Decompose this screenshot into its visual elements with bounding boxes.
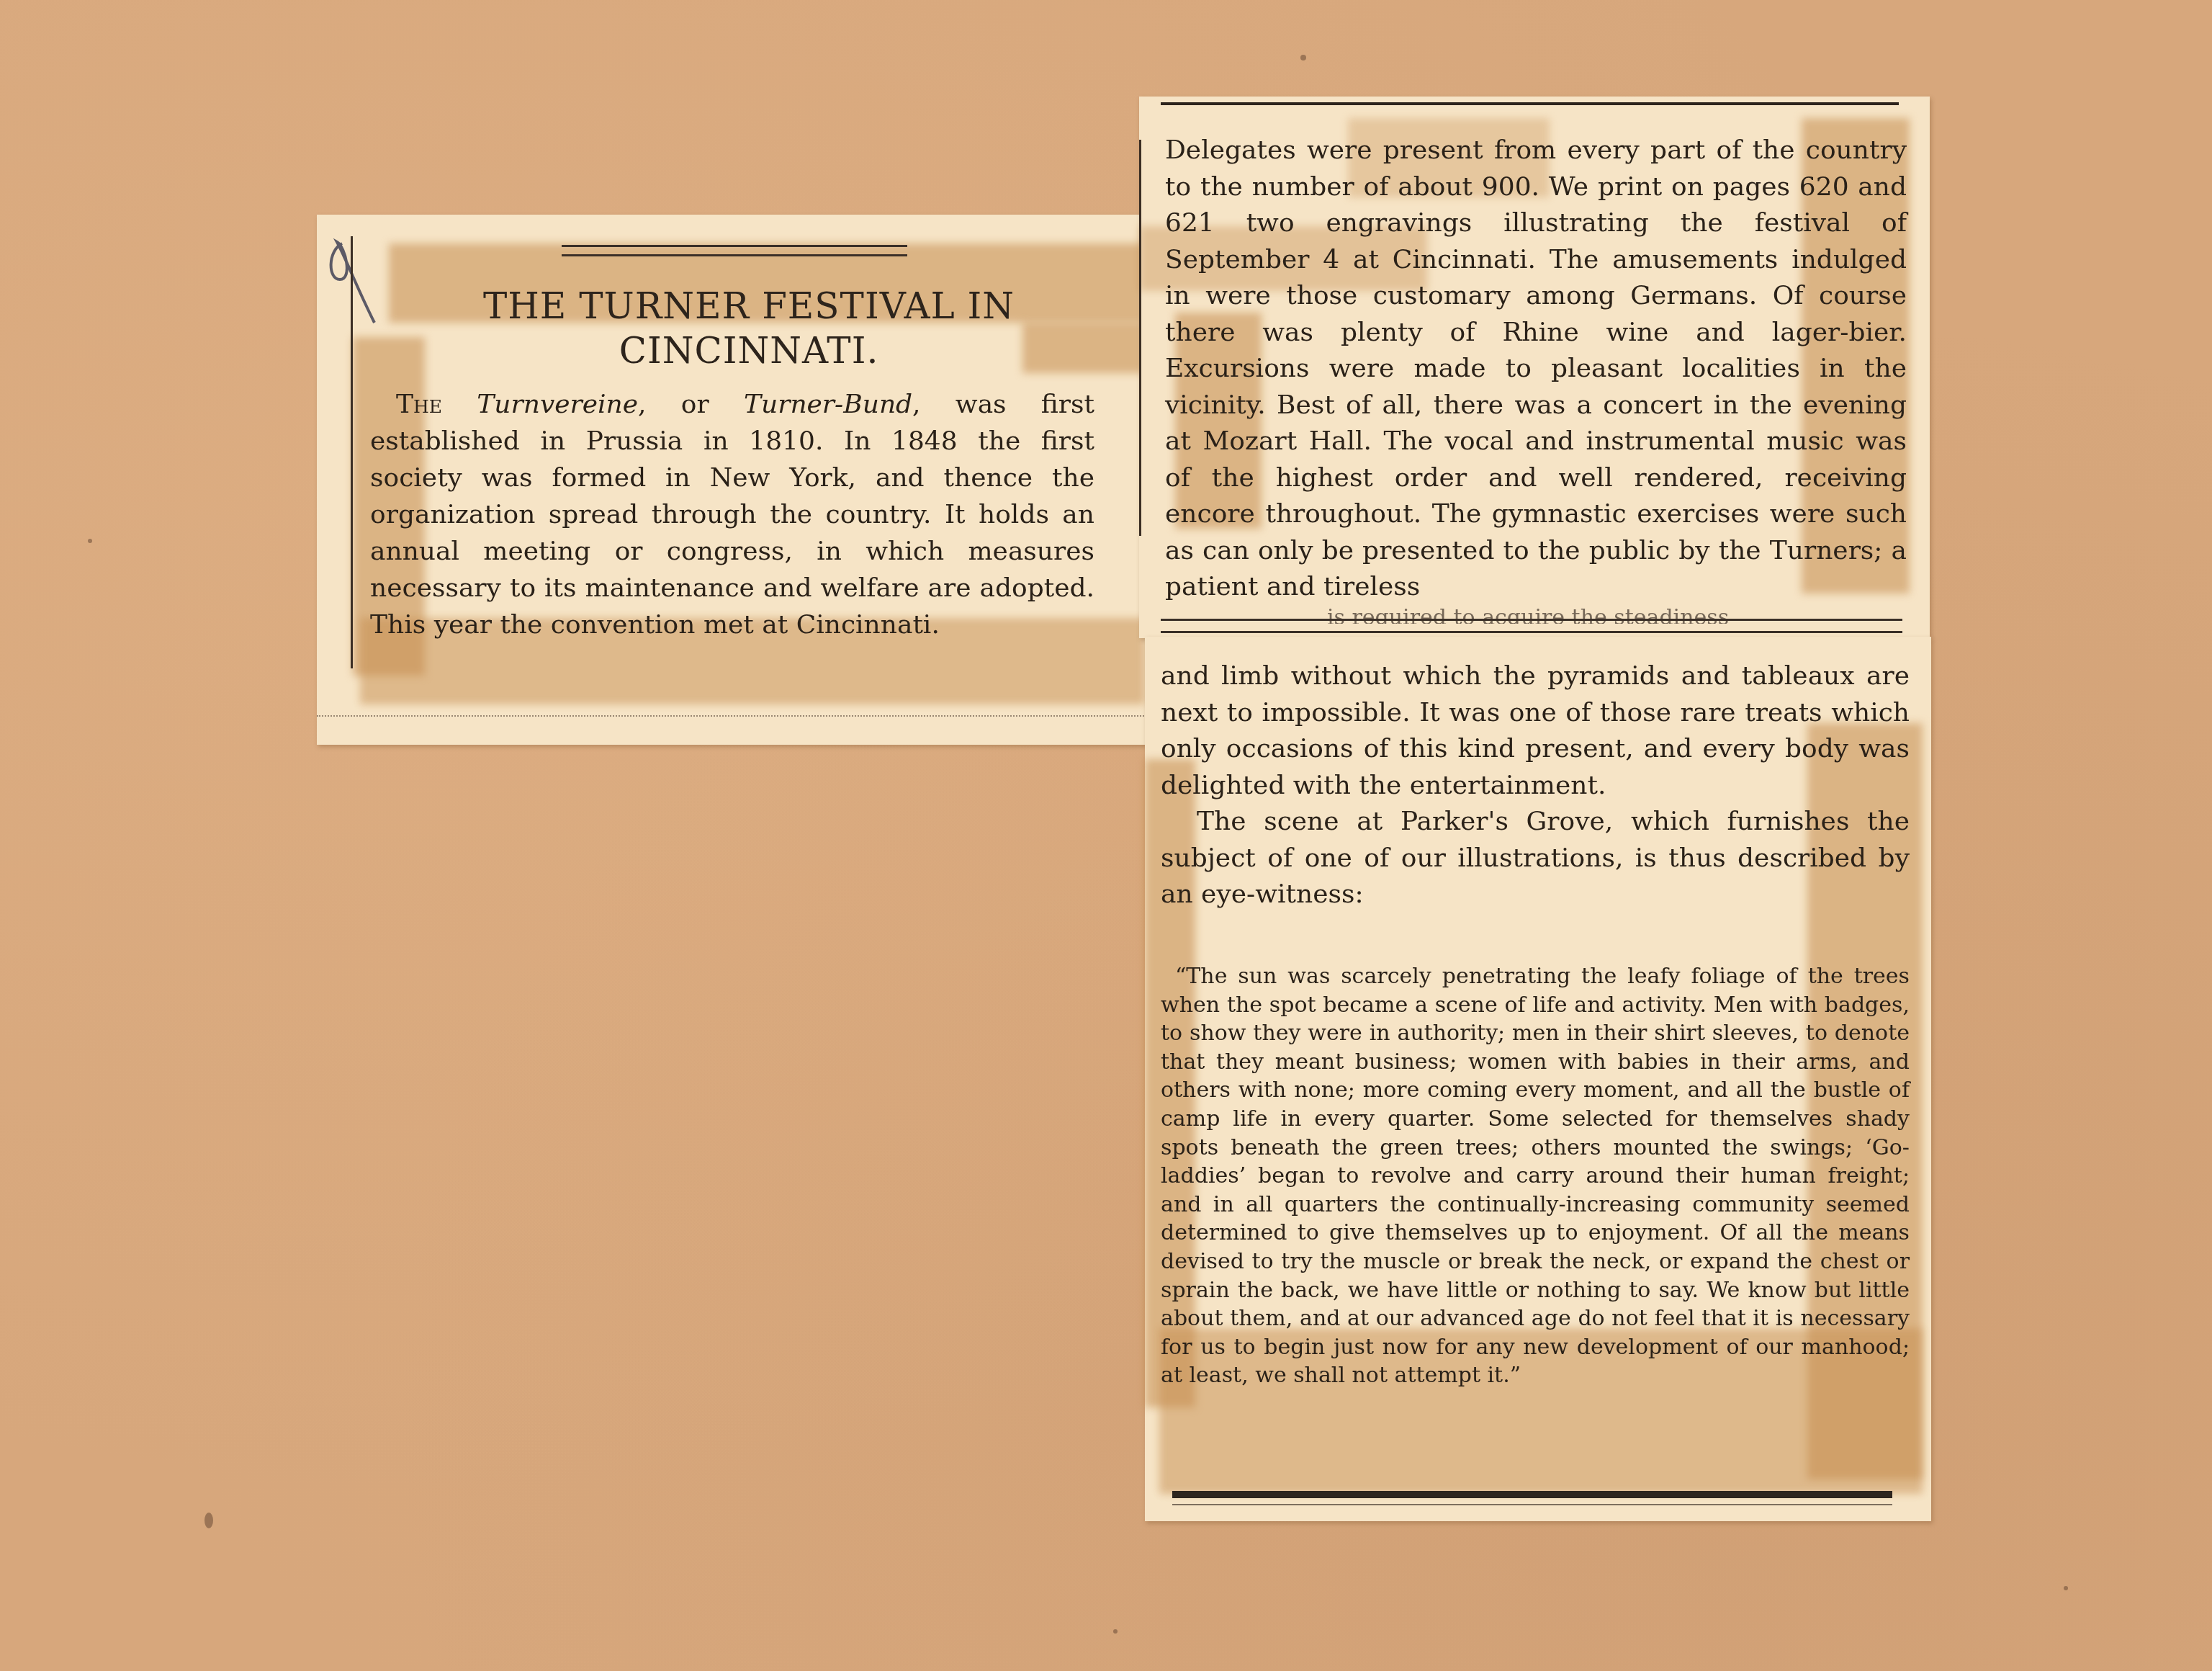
connector-text: , or [638,390,744,419]
article-column-upper: Delegates were present from every part o… [1165,133,1907,606]
quote-text: “The sun was scarcely penetrating the le… [1161,962,1910,1390]
article-intro: The Turnvereine, or Turner-Bund, was fir… [370,386,1094,643]
board-speck [2064,1586,2068,1590]
board-speck [88,539,92,543]
bottom-rule [1172,1491,1892,1498]
term-turnvereine: Turnvereine [477,390,638,419]
parkers-grove-paragraph: The scene at Parker's Grove, which furni… [1161,804,1910,913]
term-turner-bund: Turner-Bund [744,390,912,419]
delegates-paragraph: Delegates were present from every part o… [1165,133,1907,606]
separator-rule [1161,619,1902,621]
top-rule [1161,102,1899,105]
board-speck [204,1513,213,1528]
article-column-lower: and limb without which the pyramids and … [1161,658,1910,913]
column-rule [351,236,353,668]
clipping-turner-festival-headline: THE TURNER FESTIVAL IN CINCINNATI. The T… [317,215,1146,745]
headline-line-1: THE TURNER FESTIVAL IN [389,284,1109,328]
pencil-mark-icon [324,229,382,330]
intro-text: , was first established in Prussia in 18… [370,390,1094,640]
board-speck [1300,55,1306,61]
eyewitness-quote: “The sun was scarcely penetrating the le… [1161,962,1910,1390]
bottom-rule [317,715,1146,721]
lead-word: The [396,390,442,419]
separator-rule [1161,631,1902,633]
pyramids-paragraph: and limb without which the pyramids and … [1161,658,1910,804]
clipping-parkers-grove-column: and limb without which the pyramids and … [1145,637,1931,1521]
headline: THE TURNER FESTIVAL IN CINCINNATI. [389,284,1109,373]
double-rule [562,245,907,256]
bottom-rule-thin [1172,1504,1892,1505]
headline-line-2: CINCINNATI. [389,328,1109,373]
clipping-delegates-column: Delegates were present from every part o… [1139,97,1930,638]
column-rule [1139,140,1141,536]
cut-off-line: is required to acquire the steadiness [1154,605,1902,624]
board-speck [1113,1629,1118,1634]
intro-paragraph: The Turnvereine, or Turner-Bund, was fir… [370,386,1094,643]
